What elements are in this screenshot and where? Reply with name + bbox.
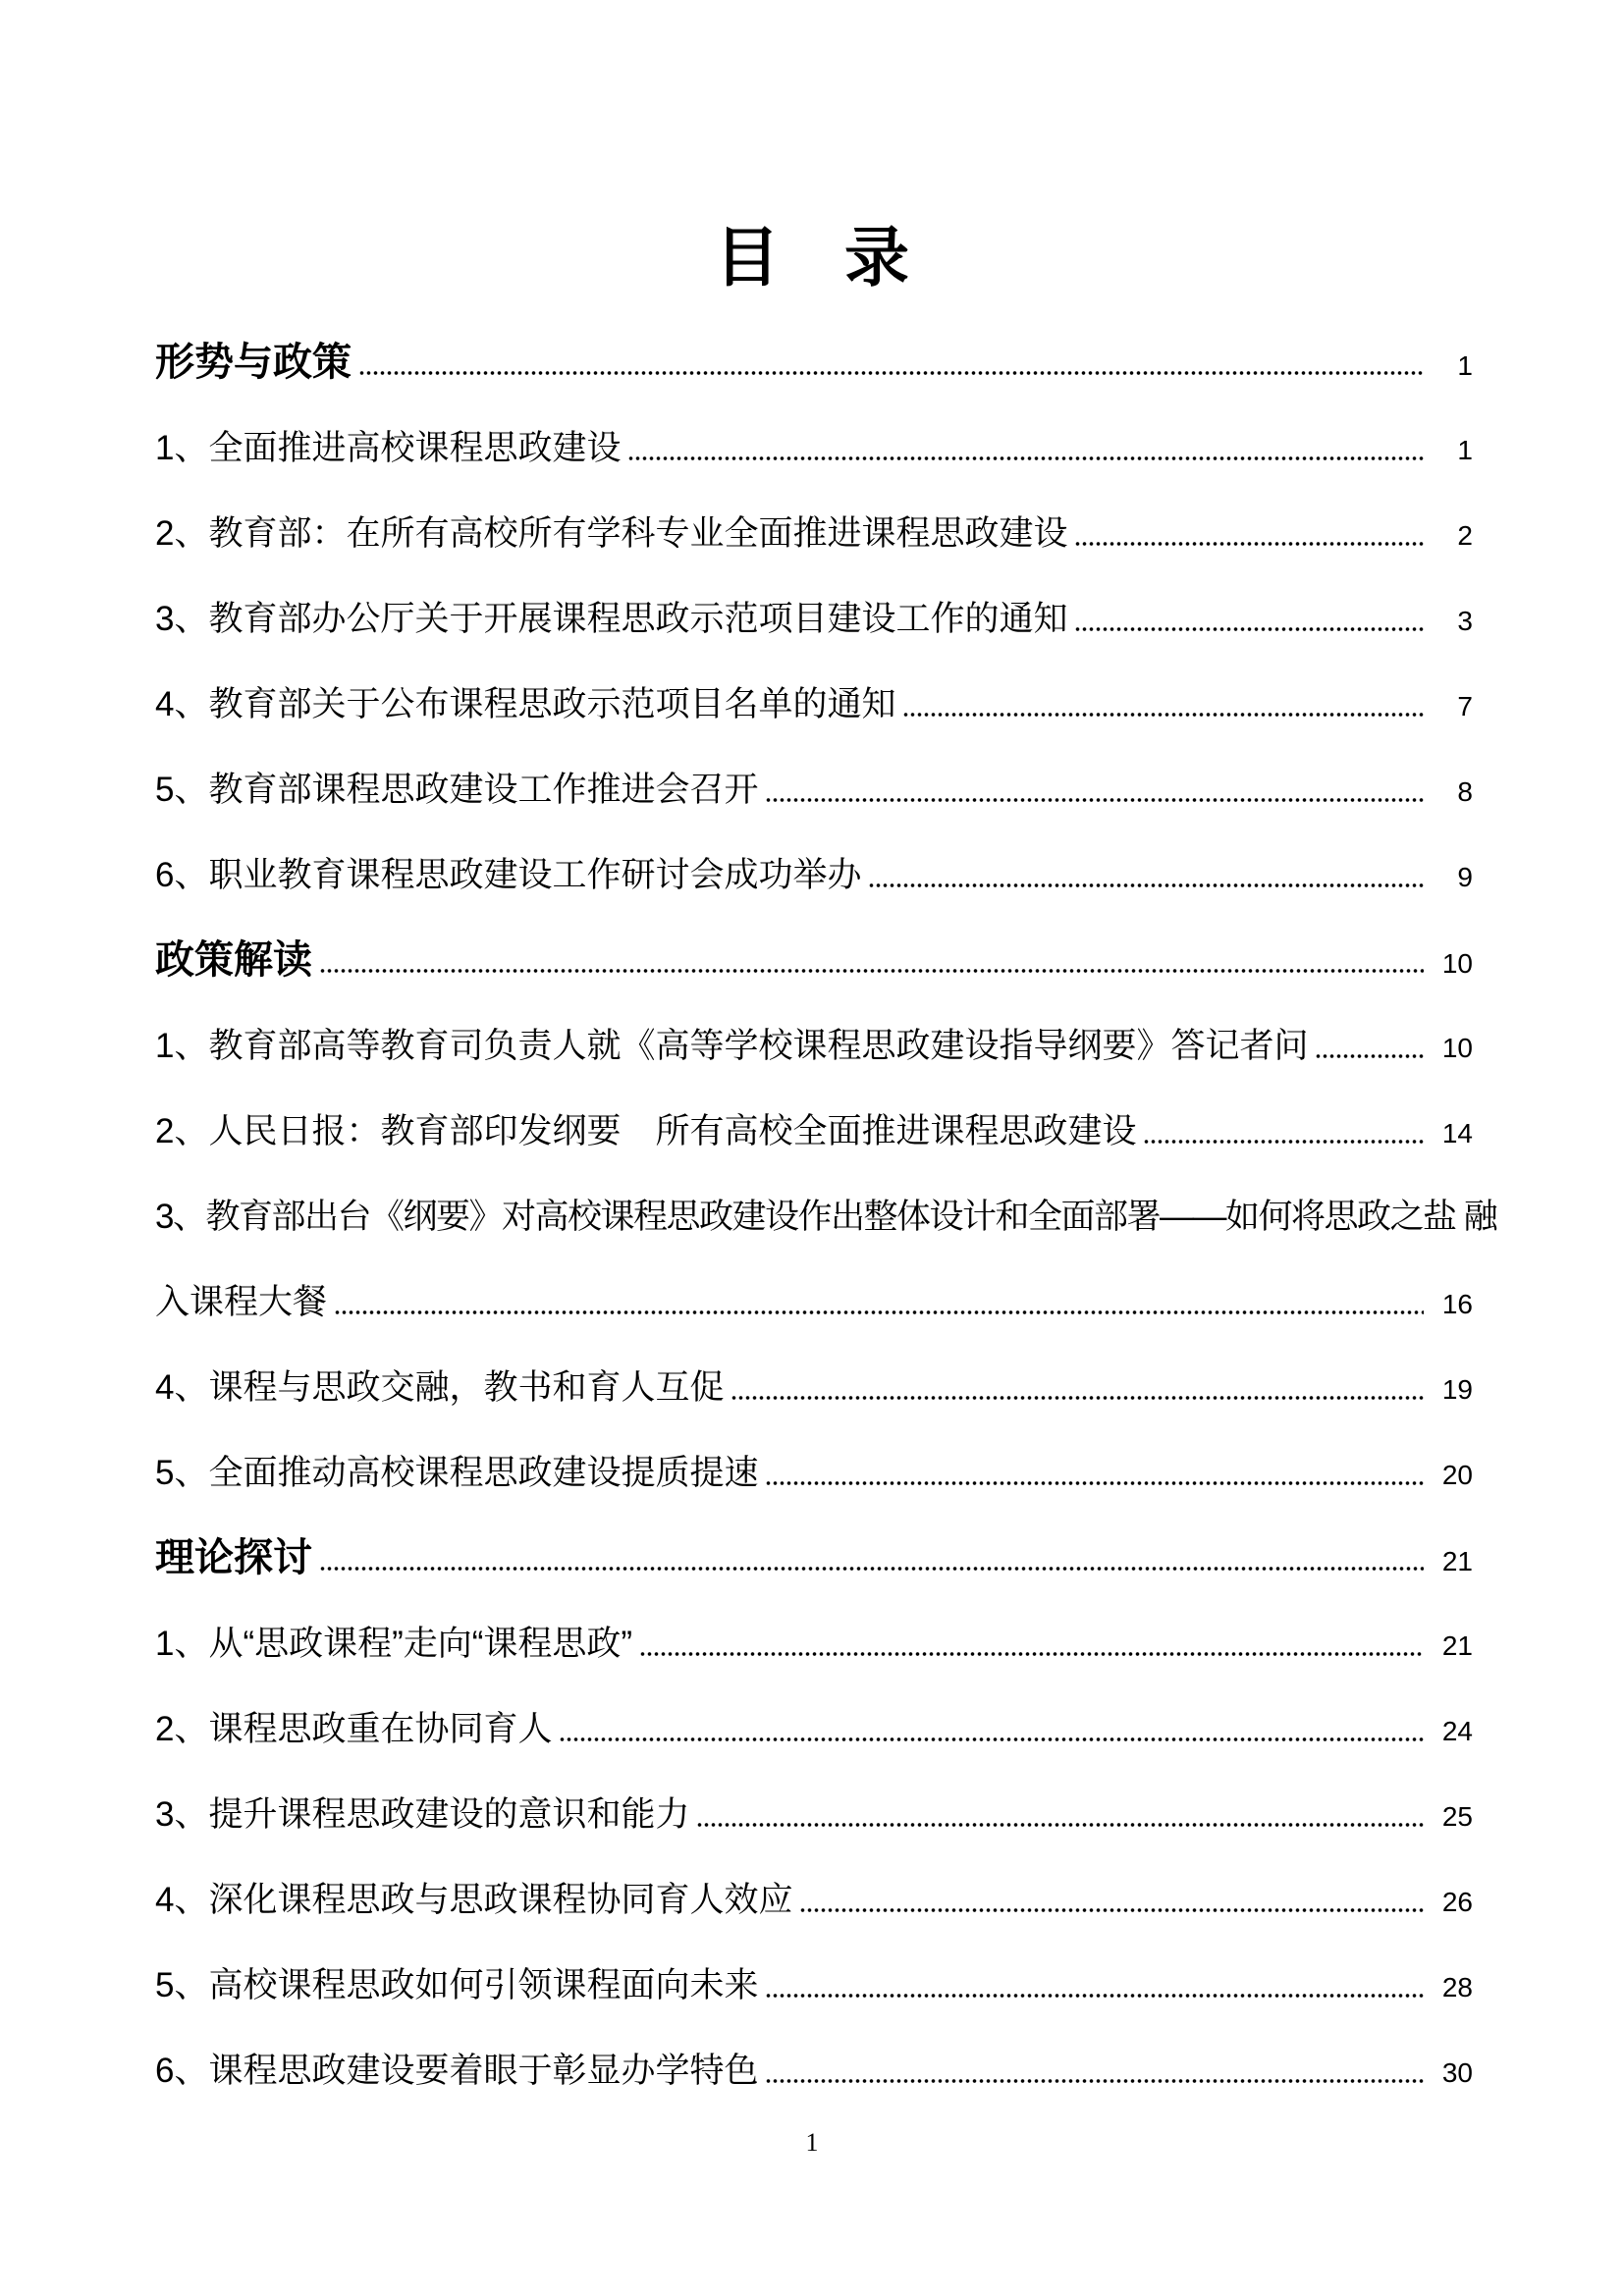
document-page: 目 录 形势与政策 1 1、全面推进高校课程思政建设 1 2、教育部：在所有高校… (0, 0, 1624, 2296)
toc-page-number: 7 (1432, 664, 1473, 749)
dot-leader (1312, 1003, 1432, 1089)
toc-item-label: 6、课程思政建设要着眼于彰显办学特色 (155, 2028, 758, 2113)
toc-item-label: 2、人民日报：教育部印发纲要 所有高校全面推进课程思政建设 (155, 1089, 1136, 1174)
dot-leader (693, 1772, 1432, 1857)
toc-item: 2、人民日报：教育部印发纲要 所有高校全面推进课程思政建设 14 (155, 1089, 1473, 1174)
toc-page-number: 1 (1432, 407, 1473, 493)
toc-page-number: 24 (1432, 1688, 1473, 1774)
dot-leader (624, 405, 1432, 491)
toc-item: 2、课程思政重在协同育人 24 (155, 1686, 1473, 1772)
toc-section-heading-label: 政策解读 (155, 918, 312, 1003)
toc-item: 5、高校课程思政如何引领课程面向未来 28 (155, 1943, 1473, 2028)
dot-leader (1140, 1089, 1432, 1174)
toc-item: 2、教育部：在所有高校所有学科专业全面推进课程思政建设 2 (155, 491, 1473, 576)
dot-leader (728, 1345, 1432, 1430)
toc-item: 3、提升课程思政建设的意识和能力 25 (155, 1772, 1473, 1857)
toc-item: 5、教育部课程思政建设工作推进会召开 8 (155, 747, 1473, 832)
toc-item: 4、课程与思政交融，教书和育人互促 19 (155, 1345, 1473, 1430)
dot-leader (355, 320, 1432, 405)
toc-item-label: 4、教育部关于公布课程思政示范项目名单的通知 (155, 662, 895, 747)
dot-leader (865, 832, 1432, 918)
toc-page-number: 10 (1432, 1005, 1473, 1091)
dot-leader (762, 1430, 1432, 1516)
toc-item: 1、全面推进高校课程思政建设 1 (155, 405, 1473, 491)
toc-page-number: 26 (1432, 1859, 1473, 1945)
dot-leader (899, 662, 1432, 747)
page-footer-number: 1 (0, 2128, 1624, 2158)
toc-section-heading-label: 形势与政策 (155, 320, 352, 405)
dot-leader (1071, 576, 1432, 662)
toc-section-heading: 理论探讨 21 (155, 1516, 1473, 1601)
toc-page-number: 8 (1432, 749, 1473, 834)
toc-page-number: 16 (1432, 1261, 1473, 1347)
toc-item: 1、教育部高等教育司负责人就《高等学校课程思政建设指导纲要》答记者问 10 (155, 1003, 1473, 1089)
toc-page-number: 1 (1432, 323, 1473, 408)
toc-item-label: 5、全面推动高校课程思政建设提质提速 (155, 1430, 758, 1516)
toc-item-label: 4、课程与思政交融，教书和育人互促 (155, 1345, 724, 1430)
toc-item-label: 1、全面推进高校课程思政建设 (155, 405, 621, 491)
toc-item: 4、教育部关于公布课程思政示范项目名单的通知 7 (155, 662, 1473, 747)
toc-page-number: 28 (1432, 1945, 1473, 2030)
dot-leader (556, 1686, 1432, 1772)
toc-item: 4、深化课程思政与思政课程协同育人效应 26 (155, 1857, 1473, 1943)
toc-page-number: 21 (1432, 1519, 1473, 1604)
toc-page-number: 3 (1432, 578, 1473, 664)
toc-item-label: 1、从“思政课程”走向“课程思政” (155, 1601, 632, 1686)
toc-item-label: 5、高校课程思政如何引领课程面向未来 (155, 1943, 758, 2028)
dot-leader (316, 918, 1432, 1003)
dot-leader (762, 1943, 1432, 2028)
toc-section-heading: 形势与政策 1 (155, 320, 1473, 405)
toc-item-label: 2、课程思政重在协同育人 (155, 1686, 552, 1772)
toc-item-label: 6、职业教育课程思政建设工作研讨会成功举办 (155, 832, 861, 918)
toc-item-wrapped-line2: 入课程大餐 16 (155, 1259, 1473, 1345)
toc-section-heading-label: 理论探讨 (155, 1516, 312, 1601)
table-of-contents: 形势与政策 1 1、全面推进高校课程思政建设 1 2、教育部：在所有高校所有学科… (155, 320, 1473, 2113)
dot-leader (331, 1259, 1432, 1345)
dot-leader (316, 1516, 1432, 1601)
dot-leader (762, 2028, 1432, 2113)
toc-page-number: 21 (1432, 1603, 1473, 1688)
toc-item: 1、从“思政课程”走向“课程思政” 21 (155, 1601, 1473, 1686)
toc-page-number: 14 (1432, 1091, 1473, 1176)
toc-item-label: 3、提升课程思政建设的意识和能力 (155, 1772, 689, 1857)
toc-item-wrapped-line1: 3、教育部出台《纲要》对高校课程思政建设作出整体设计和全面部署——如何将思政之盐… (155, 1174, 1473, 1259)
toc-item: 6、职业教育课程思政建设工作研讨会成功举办 9 (155, 832, 1473, 918)
dot-leader (762, 747, 1432, 832)
toc-page-number: 19 (1432, 1347, 1473, 1432)
toc-item-label: 2、教育部：在所有高校所有学科专业全面推进课程思政建设 (155, 491, 1067, 576)
toc-item-label: 3、教育部出台《纲要》对高校课程思政建设作出整体设计和全面部署——如何将思政之盐… (155, 1174, 1496, 1259)
toc-page-number: 2 (1432, 493, 1473, 578)
toc-page-number: 25 (1432, 1774, 1473, 1859)
toc-item-label: 5、教育部课程思政建设工作推进会召开 (155, 747, 758, 832)
toc-item-label: 3、教育部办公厅关于开展课程思政示范项目建设工作的通知 (155, 576, 1067, 662)
dot-leader (1071, 491, 1432, 576)
dot-leader (636, 1601, 1432, 1686)
toc-section-heading: 政策解读 10 (155, 918, 1473, 1003)
toc-item: 5、全面推动高校课程思政建设提质提速 20 (155, 1430, 1473, 1516)
dot-leader (796, 1857, 1432, 1943)
toc-item-label: 1、教育部高等教育司负责人就《高等学校课程思政建设指导纲要》答记者问 (155, 1003, 1308, 1089)
toc-item-label: 入课程大餐 (155, 1259, 327, 1345)
toc-item: 6、课程思政建设要着眼于彰显办学特色 30 (155, 2028, 1473, 2113)
page-title: 目 录 (0, 220, 1624, 294)
toc-item-label: 4、深化课程思政与思政课程协同育人效应 (155, 1857, 792, 1943)
toc-page-number: 9 (1432, 834, 1473, 920)
toc-page-number: 10 (1432, 921, 1473, 1006)
toc-page-number: 20 (1432, 1432, 1473, 1518)
toc-item: 3、教育部办公厅关于开展课程思政示范项目建设工作的通知 3 (155, 576, 1473, 662)
toc-page-number: 30 (1432, 2030, 1473, 2115)
